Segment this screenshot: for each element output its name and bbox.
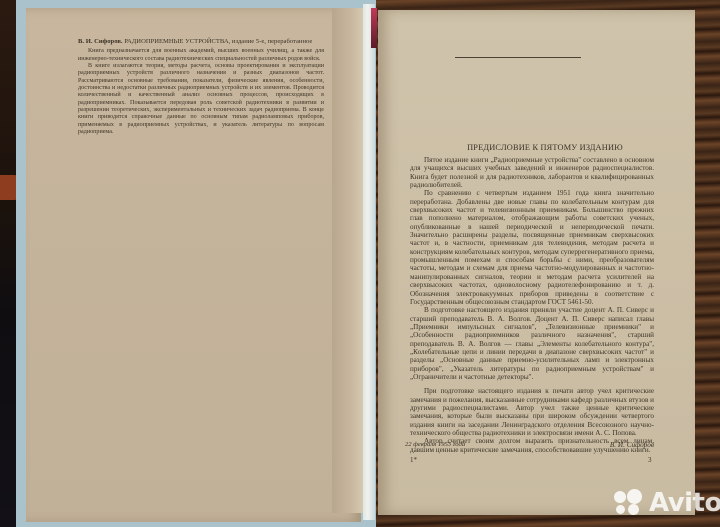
avito-brand-text: Avito: [649, 488, 720, 518]
signature-mark: 1*: [410, 456, 417, 464]
book-spine: [363, 4, 375, 520]
annotation-header: В. И. Сифоров. РАДИОПРИЕМНЫЕ УСТРОЙСТВА,…: [78, 38, 324, 45]
preface-paragraph: По сравнению с четвертым изданием 1951 г…: [410, 189, 654, 306]
preface-paragraph: Пятое издание книги „Радиоприемные устро…: [410, 156, 654, 189]
avito-watermark: Avito: [612, 488, 720, 518]
preface-date: 22 февраля 1953 года: [405, 441, 465, 449]
annotation-paragraph: В книге излагаются теория, методы расчет…: [78, 63, 324, 136]
annotation-paragraph: Книга предназначается для военных академ…: [78, 48, 324, 63]
page-number: 3: [648, 456, 652, 464]
preface-title: ПРЕДИСЛОВИЕ К ПЯТОМУ ИЗДАНИЮ: [400, 143, 690, 152]
left-page-annotation: В. И. Сифоров. РАДИОПРИЕМНЫЕ УСТРОЙСТВА,…: [78, 38, 324, 136]
avito-dots-logo-icon: [612, 489, 646, 517]
annotation-author: В. И. Сифоров.: [78, 38, 123, 45]
spine-red-bookmark: [371, 8, 377, 48]
preface-body: Пятое издание книги „Радиоприемные устро…: [410, 156, 654, 454]
annotation-book-title: РАДИОПРИЕМНЫЕ УСТРОЙСТВА, издание 5-е, п…: [124, 38, 312, 45]
left-page-gutter: [332, 8, 366, 513]
preface-paragraph: В подготовке настоящего издания приняли …: [410, 306, 654, 381]
preface-signature: В. И. Сифоров: [610, 441, 654, 449]
preface-signature-row: 22 февраля 1953 года В. И. Сифоров: [405, 441, 654, 449]
header-rule-divider: [455, 57, 581, 58]
preface-paragraph: При подготовке настоящего издания к печа…: [410, 387, 654, 437]
